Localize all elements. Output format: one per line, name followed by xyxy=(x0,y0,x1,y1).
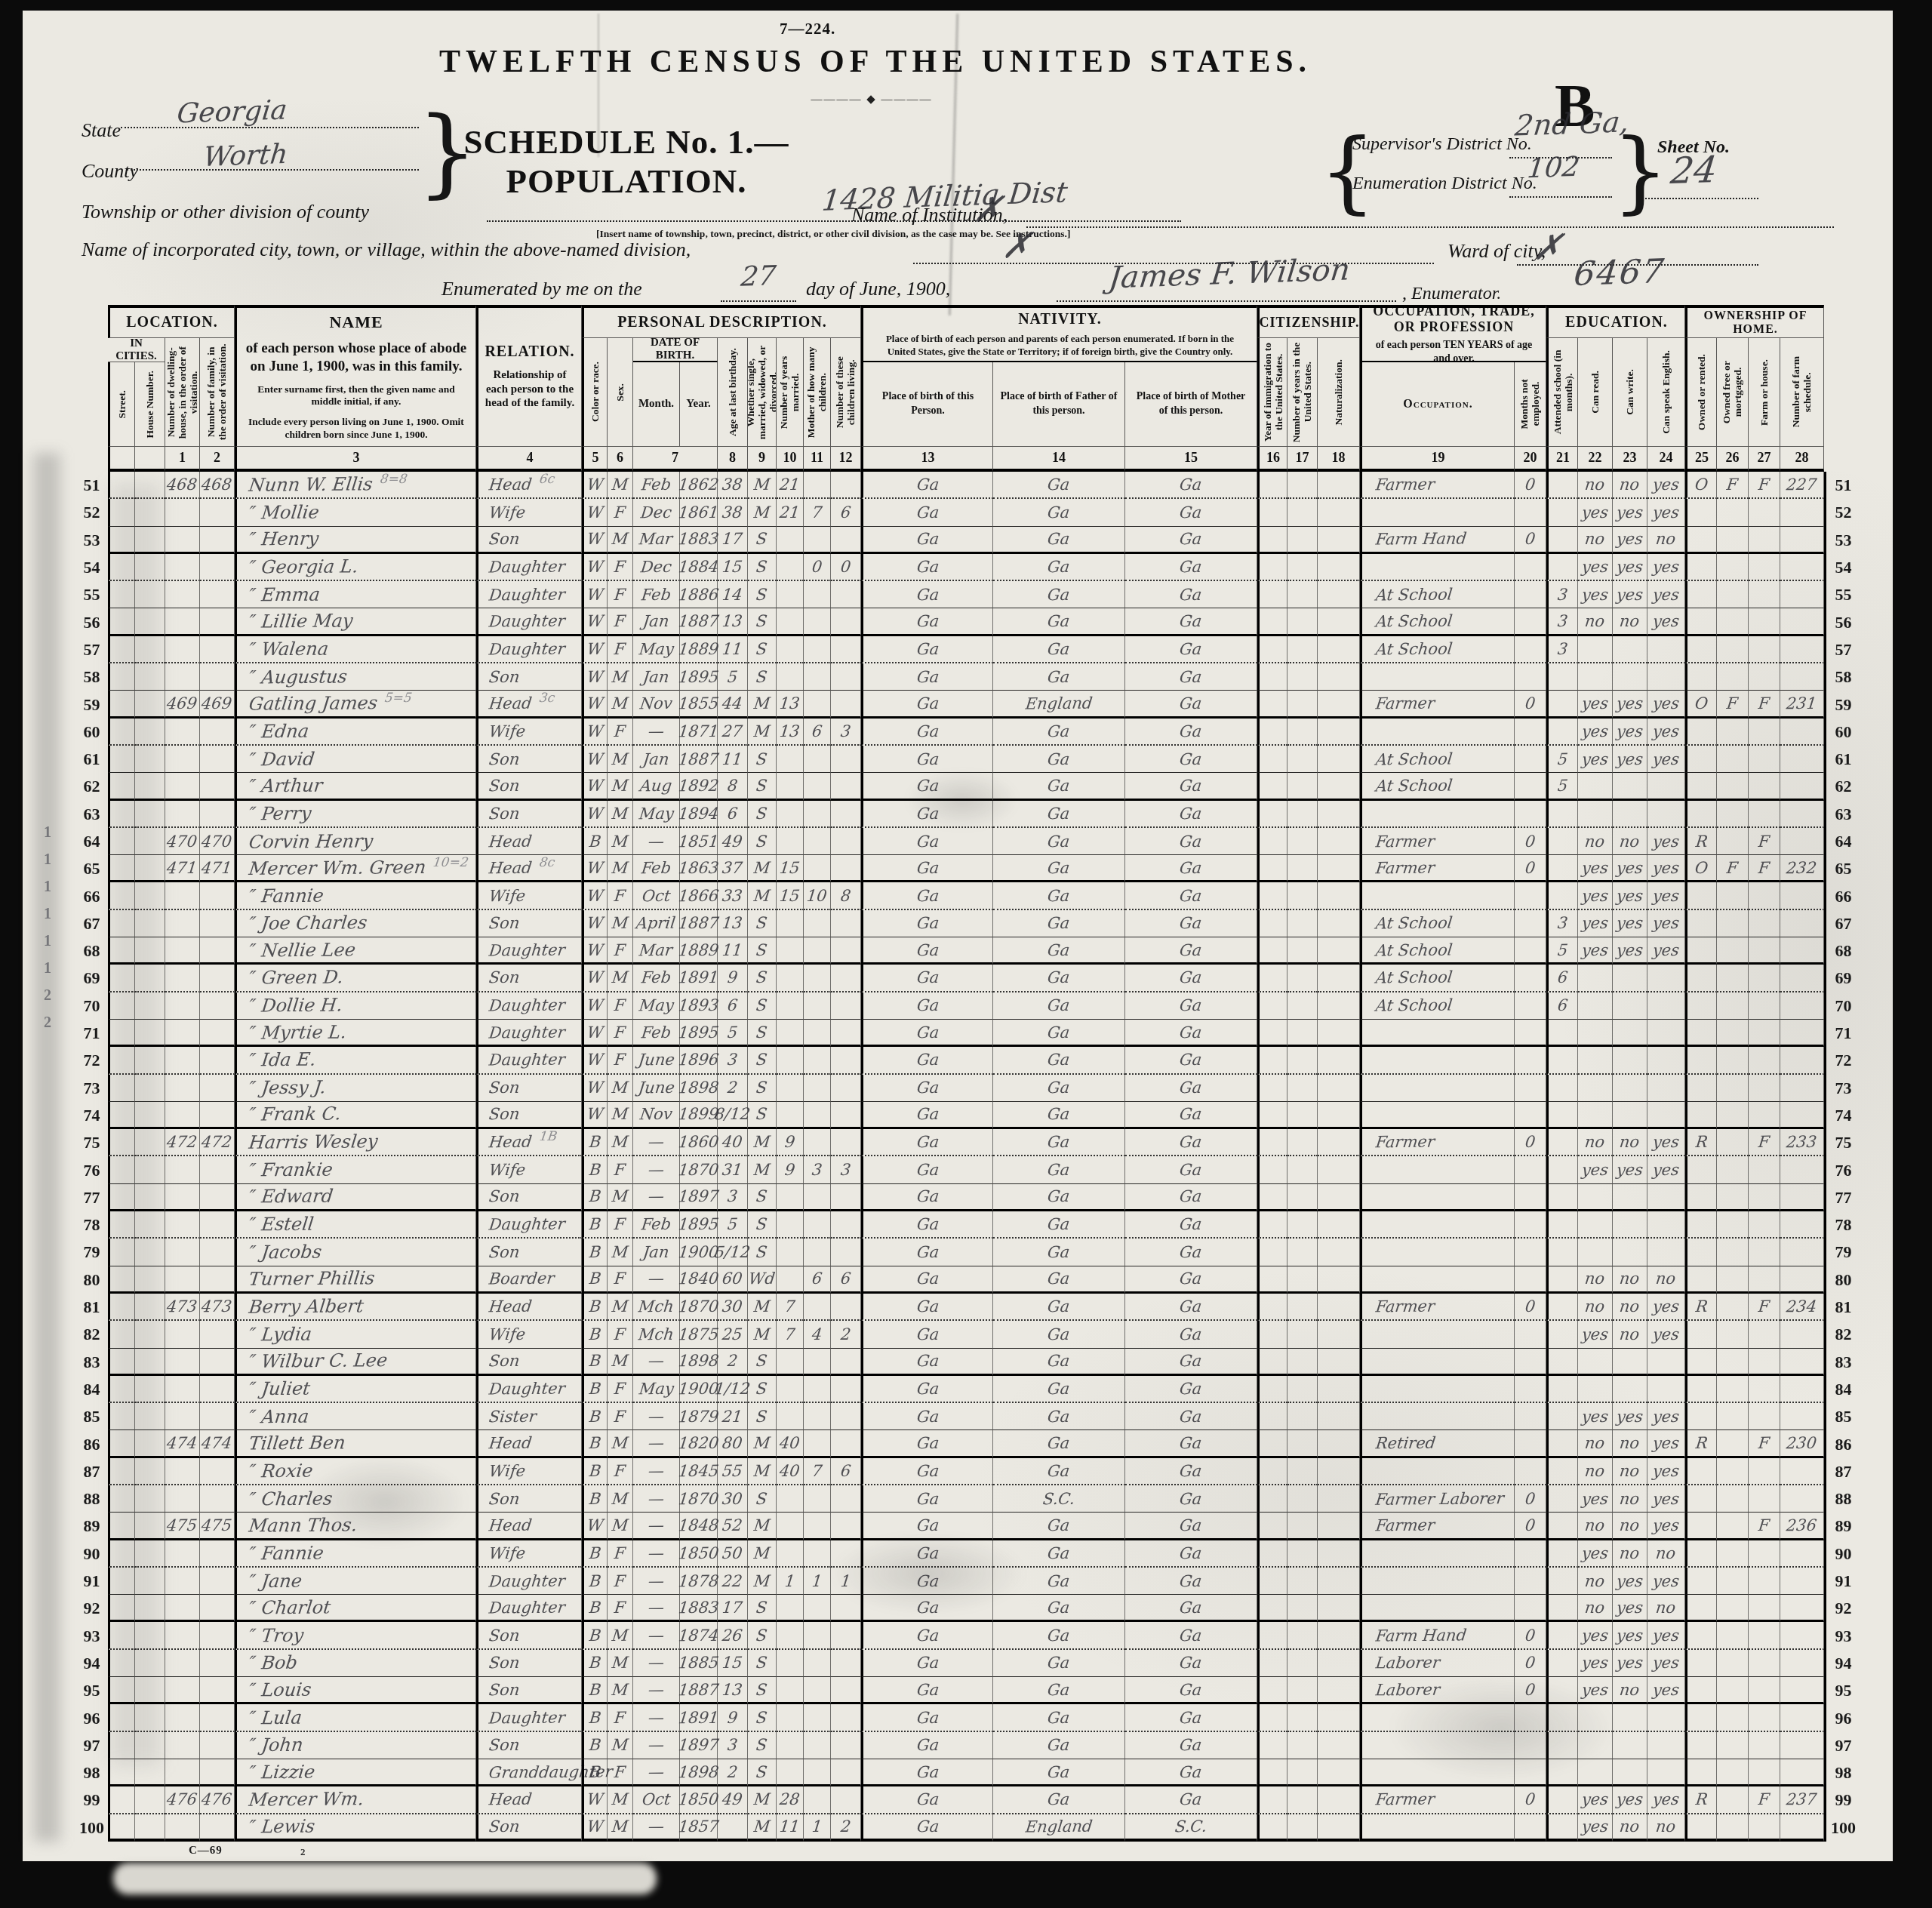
cell-sex: M xyxy=(608,801,633,828)
cell-street xyxy=(108,1129,135,1156)
cell-pob-father: Ga xyxy=(993,1595,1125,1622)
line-number: 95 xyxy=(1824,1677,1860,1704)
cell-color: W xyxy=(582,801,608,828)
cell-age: 14 xyxy=(718,581,748,608)
cell-english: yes xyxy=(1647,1129,1685,1156)
cell-marital: M xyxy=(748,691,777,718)
line-number: 51 xyxy=(75,472,108,499)
cell-mother-of xyxy=(804,1513,831,1540)
cell-years-us xyxy=(1287,1485,1318,1513)
cell-age: 26 xyxy=(718,1622,748,1649)
cell-naturalization xyxy=(1318,882,1360,909)
cell-pob: Ga xyxy=(861,554,993,581)
cell-name: ″ John xyxy=(235,1732,476,1759)
cell-street xyxy=(108,608,135,635)
cell-school xyxy=(1546,1622,1578,1649)
cell-farm-schedule xyxy=(1780,1321,1824,1348)
cell-can-read: no xyxy=(1578,527,1613,554)
line-number: 91 xyxy=(1824,1568,1860,1595)
cell-naturalization xyxy=(1318,608,1360,635)
cell-can-write xyxy=(1613,1704,1647,1731)
cell-birth-year: 1870 xyxy=(680,1156,718,1183)
line-number: 65 xyxy=(75,855,108,882)
cell-farm-schedule xyxy=(1780,1568,1824,1595)
cell-street xyxy=(108,1321,135,1348)
cell-can-read: yes xyxy=(1578,1403,1613,1430)
cell-pob-mother: Ga xyxy=(1125,1321,1257,1348)
cell-family xyxy=(200,1540,235,1568)
cell-mother-of xyxy=(804,1430,831,1457)
cell-relation: Son xyxy=(476,1677,582,1704)
column-number: 21 xyxy=(1546,447,1578,472)
cell-immigration xyxy=(1257,937,1287,965)
cell-mother-of xyxy=(804,1376,831,1403)
cell-relation: Son xyxy=(476,1622,582,1649)
cell-mother-of xyxy=(804,1704,831,1731)
cell-immigration xyxy=(1257,499,1287,526)
col-months-unemployed: Months not employed. xyxy=(1515,362,1546,447)
cell-pob: Ga xyxy=(861,581,993,608)
cell-mortgage xyxy=(1717,1595,1749,1622)
cell-mother-of xyxy=(804,1102,831,1129)
cell-farm-house xyxy=(1749,1568,1780,1595)
cell-name: ″ Fannie xyxy=(235,882,476,909)
group-date-of-birth: DATE OF BIRTH. xyxy=(633,338,718,362)
cell-birth-month: Jan xyxy=(633,608,680,635)
cell-immigration xyxy=(1257,1376,1287,1403)
cell-pob-mother: Ga xyxy=(1125,1622,1257,1649)
cell-pob: Ga xyxy=(861,801,993,828)
cell-immigration xyxy=(1257,663,1287,691)
cell-years-us xyxy=(1287,1540,1318,1568)
cell-marital: S xyxy=(748,608,777,635)
cell-birth-month: — xyxy=(633,719,680,746)
line-number: 94 xyxy=(75,1650,108,1677)
cell-owned xyxy=(1685,1513,1717,1540)
cell-age: 17 xyxy=(718,527,748,554)
form-number: 7—224. xyxy=(762,20,853,38)
cell-children-living: 2 xyxy=(831,1814,861,1842)
cell-naturalization xyxy=(1318,1102,1360,1129)
cell-farm-schedule xyxy=(1780,1759,1824,1786)
cell-owned xyxy=(1685,636,1717,663)
pencil-mark: 3c xyxy=(538,691,555,706)
cell-english: yes xyxy=(1647,554,1685,581)
cell-children-living: 3 xyxy=(831,1156,861,1183)
cell-pob-father: Ga xyxy=(993,1156,1125,1183)
cell-children-living xyxy=(831,1075,861,1102)
cell-owned xyxy=(1685,746,1717,773)
cell-pob: Ga xyxy=(861,691,993,718)
cell-farm-house xyxy=(1749,1102,1780,1129)
cell-english: yes xyxy=(1647,1677,1685,1704)
cell-occupation xyxy=(1360,1759,1515,1786)
line-number: 63 xyxy=(75,801,108,828)
cell-months-unemployed xyxy=(1515,1349,1546,1376)
cell-dwelling xyxy=(165,1020,200,1047)
cell-school xyxy=(1546,1020,1578,1047)
cell-age: 25 xyxy=(718,1321,748,1348)
cell-sex: M xyxy=(608,1786,633,1814)
cell-years-us xyxy=(1287,1759,1318,1786)
cell-house xyxy=(135,581,165,608)
cell-years-us xyxy=(1287,1677,1318,1704)
cell-can-read: yes xyxy=(1578,1485,1613,1513)
cell-birth-year: 1889 xyxy=(680,636,718,663)
line-number: 98 xyxy=(75,1759,108,1786)
cell-naturalization xyxy=(1318,1430,1360,1457)
cell-color: B xyxy=(582,1485,608,1513)
cell-age: 11 xyxy=(718,636,748,663)
cell-mortgage xyxy=(1717,746,1749,773)
cell-farm-schedule: 231 xyxy=(1780,691,1824,718)
cell-can-read: no xyxy=(1578,1430,1613,1457)
cell-owned xyxy=(1685,992,1717,1020)
cell-age: 80 xyxy=(718,1430,748,1457)
cell-farm-house: F xyxy=(1749,828,1780,855)
cell-children-living xyxy=(831,1513,861,1540)
cell-pob-mother: Ga xyxy=(1125,1540,1257,1568)
cell-farm-schedule: 234 xyxy=(1780,1294,1824,1321)
cell-immigration xyxy=(1257,1814,1287,1842)
cell-can-read: yes xyxy=(1578,1814,1613,1842)
cell-family: 475 xyxy=(200,1513,235,1540)
line-number: 86 xyxy=(1824,1430,1860,1457)
cell-can-write xyxy=(1613,1047,1647,1074)
cell-birth-month: Aug xyxy=(633,773,680,800)
cell-owned xyxy=(1685,937,1717,965)
column-number: 10 xyxy=(777,447,804,472)
cell-naturalization xyxy=(1318,965,1360,992)
cell-house xyxy=(135,1513,165,1540)
cell-english: no xyxy=(1647,1814,1685,1842)
cell-pob: Ga xyxy=(861,773,993,800)
cell-pob: Ga xyxy=(861,1568,993,1595)
cell-years-us xyxy=(1287,663,1318,691)
cell-years-married xyxy=(777,636,804,663)
cell-immigration xyxy=(1257,1349,1287,1376)
cell-relation: Wife xyxy=(476,499,582,526)
cell-name: ″ Green D. xyxy=(235,965,476,992)
cell-mortgage xyxy=(1717,801,1749,828)
cell-pob-mother: Ga xyxy=(1125,1294,1257,1321)
line-number: 51 xyxy=(1824,472,1860,499)
cell-pob-mother: Ga xyxy=(1125,801,1257,828)
cell-relation: Son xyxy=(476,1239,582,1266)
cell-immigration xyxy=(1257,1239,1287,1266)
cell-house xyxy=(135,1156,165,1183)
cell-pob: Ga xyxy=(861,1677,993,1704)
cell-marital: M xyxy=(748,1156,777,1183)
cell-dwelling xyxy=(165,1075,200,1102)
cell-name: ″ Jane xyxy=(235,1568,476,1595)
column-number: 9 xyxy=(748,447,777,472)
cell-occupation: At School xyxy=(1360,992,1515,1020)
cell-pob-father: Ga xyxy=(993,663,1125,691)
cell-street xyxy=(108,1376,135,1403)
cell-english xyxy=(1647,1759,1685,1786)
cell-children-living xyxy=(831,1294,861,1321)
line-number: 64 xyxy=(75,828,108,855)
cell-can-write: yes xyxy=(1613,1595,1647,1622)
cell-marital: S xyxy=(748,1759,777,1786)
cell-years-married xyxy=(777,1732,804,1759)
cell-house xyxy=(135,691,165,718)
cell-color: W xyxy=(582,1020,608,1047)
cell-children-living xyxy=(831,1102,861,1129)
cell-family xyxy=(200,937,235,965)
cell-sex: M xyxy=(608,1239,633,1266)
cell-children-living: 8 xyxy=(831,882,861,909)
cell-name: ″ Lydia xyxy=(235,1321,476,1348)
cell-name: Gatling James5=5 xyxy=(235,691,476,718)
line-number: 82 xyxy=(1824,1321,1860,1348)
cell-marital: S xyxy=(748,663,777,691)
cell-relation: Daughter xyxy=(476,581,582,608)
cell-color: B xyxy=(582,1294,608,1321)
cell-immigration xyxy=(1257,1595,1287,1622)
cell-family xyxy=(200,1704,235,1731)
cell-dwelling xyxy=(165,1595,200,1622)
cell-sex: F xyxy=(608,1595,633,1622)
cell-naturalization xyxy=(1318,1184,1360,1211)
cell-owned xyxy=(1685,1732,1717,1759)
cell-family xyxy=(200,910,235,937)
cell-pob-mother: Ga xyxy=(1125,1047,1257,1074)
cell-pob-mother: Ga xyxy=(1125,581,1257,608)
cell-color: B xyxy=(582,1156,608,1183)
cell-months-unemployed xyxy=(1515,1075,1546,1102)
cell-mother-of xyxy=(804,691,831,718)
cell-mortgage xyxy=(1717,581,1749,608)
cell-years-married xyxy=(777,1102,804,1129)
cell-children-living xyxy=(831,965,861,992)
cell-color: W xyxy=(582,937,608,965)
cell-age: 49 xyxy=(718,828,748,855)
line-number: 57 xyxy=(1824,636,1860,663)
cell-owned: O xyxy=(1685,855,1717,882)
scanned-census-page: 7—224. TWELFTH CENSUS OF THE UNITED STAT… xyxy=(0,0,1932,1908)
cell-occupation xyxy=(1360,1211,1515,1239)
cell-children-living xyxy=(831,1595,861,1622)
cell-street xyxy=(108,828,135,855)
cell-mortgage xyxy=(1717,1047,1749,1074)
cell-naturalization xyxy=(1318,719,1360,746)
cell-farm-house xyxy=(1749,1376,1780,1403)
cell-farm-schedule xyxy=(1780,1814,1824,1842)
cell-relation: Head3c xyxy=(476,691,582,718)
cell-family xyxy=(200,719,235,746)
cell-school xyxy=(1546,1650,1578,1677)
cell-mother-of xyxy=(804,1759,831,1786)
cell-years-married xyxy=(777,1759,804,1786)
cell-pob-father: Ga xyxy=(993,1239,1125,1266)
cell-relation: Daughter xyxy=(476,1595,582,1622)
cell-relation: Head6c xyxy=(476,472,582,499)
cell-years-us xyxy=(1287,1376,1318,1403)
cell-pob: Ga xyxy=(861,1239,993,1266)
line-number: 56 xyxy=(75,608,108,635)
cell-color: B xyxy=(582,1622,608,1649)
cell-children-living xyxy=(831,472,861,499)
cell-birth-month: — xyxy=(633,1732,680,1759)
cell-naturalization xyxy=(1318,527,1360,554)
cell-house xyxy=(135,1677,165,1704)
cell-naturalization xyxy=(1318,773,1360,800)
cell-street xyxy=(108,472,135,499)
group-personal-description: PERSONAL DESCRIPTION. xyxy=(582,305,861,338)
line-number: 73 xyxy=(75,1075,108,1102)
line-number: 61 xyxy=(75,746,108,773)
cell-street xyxy=(108,882,135,909)
cell-can-write: no xyxy=(1613,608,1647,635)
cell-immigration xyxy=(1257,1156,1287,1183)
cell-age: 13 xyxy=(718,910,748,937)
cell-pob-father: Ga xyxy=(993,1349,1125,1376)
cell-english xyxy=(1647,1376,1685,1403)
col-occupation: Occupation. xyxy=(1360,362,1515,447)
cell-house xyxy=(135,554,165,581)
line-number: 89 xyxy=(75,1513,108,1540)
cell-years-us xyxy=(1287,1156,1318,1183)
cell-english: yes xyxy=(1647,882,1685,909)
ward-value: ✗ xyxy=(1531,226,1564,267)
cell-school: 3 xyxy=(1546,910,1578,937)
cell-children-living: 1 xyxy=(831,1568,861,1595)
cell-can-read: no xyxy=(1578,1266,1613,1294)
cell-naturalization xyxy=(1318,1814,1360,1842)
cell-marital: S xyxy=(748,746,777,773)
cell-years-us xyxy=(1287,1129,1318,1156)
cell-pob: Ga xyxy=(861,608,993,635)
line-number: 99 xyxy=(75,1786,108,1814)
cell-marital: S xyxy=(748,581,777,608)
cell-farm-house: F xyxy=(1749,1129,1780,1156)
cell-naturalization xyxy=(1318,1266,1360,1294)
cell-occupation xyxy=(1360,1075,1515,1102)
cell-farm-house xyxy=(1749,581,1780,608)
cell-school xyxy=(1546,1814,1578,1842)
enumerator-suffix: , Enumerator. xyxy=(1402,284,1501,304)
cell-pob-father: Ga xyxy=(993,992,1125,1020)
cell-mortgage xyxy=(1717,1266,1749,1294)
cell-birth-year: 1891 xyxy=(680,1704,718,1731)
cell-birth-year: 1850 xyxy=(680,1786,718,1814)
cell-street xyxy=(108,910,135,937)
incorporated-label: Name of incorporated city, town, or vill… xyxy=(82,238,691,261)
cell-farm-schedule xyxy=(1780,937,1824,965)
cell-birth-year: 1895 xyxy=(680,663,718,691)
line-number: 87 xyxy=(75,1458,108,1485)
cell-years-us xyxy=(1287,1732,1318,1759)
cell-farm-house: F xyxy=(1749,1786,1780,1814)
cell-months-unemployed: 0 xyxy=(1515,1786,1546,1814)
cell-owned xyxy=(1685,1349,1717,1376)
cell-children-living xyxy=(831,527,861,554)
cell-dwelling xyxy=(165,1732,200,1759)
cell-children-living xyxy=(831,1020,861,1047)
cell-english: yes xyxy=(1647,1650,1685,1677)
cell-can-write xyxy=(1613,1020,1647,1047)
cell-color: B xyxy=(582,1430,608,1457)
line-number: 62 xyxy=(75,773,108,800)
cell-street xyxy=(108,1211,135,1239)
cell-name: Mann Thos. xyxy=(235,1513,476,1540)
cell-relation: Head xyxy=(476,828,582,855)
cell-farm-schedule xyxy=(1780,719,1824,746)
cell-immigration xyxy=(1257,992,1287,1020)
cell-months-unemployed: 0 xyxy=(1515,472,1546,499)
cell-pob-father: Ga xyxy=(993,828,1125,855)
cell-family xyxy=(200,1266,235,1294)
line-number: 83 xyxy=(75,1349,108,1376)
cell-age: 22 xyxy=(718,1568,748,1595)
line-number: 58 xyxy=(1824,663,1860,691)
cell-age: 2 xyxy=(718,1759,748,1786)
cell-age: 15 xyxy=(718,1650,748,1677)
cell-relation: Head xyxy=(476,1786,582,1814)
cell-name: ″ David xyxy=(235,746,476,773)
cell-immigration xyxy=(1257,1075,1287,1102)
cell-farm-house xyxy=(1749,1704,1780,1731)
cell-naturalization xyxy=(1318,992,1360,1020)
cell-owned xyxy=(1685,608,1717,635)
cell-age: 13 xyxy=(718,1677,748,1704)
cell-immigration xyxy=(1257,1650,1287,1677)
cell-name: ″ Charlot xyxy=(235,1595,476,1622)
cell-mother-of xyxy=(804,773,831,800)
cell-can-read xyxy=(1578,1047,1613,1074)
cell-can-write: no xyxy=(1613,1677,1647,1704)
cell-house xyxy=(135,1321,165,1348)
cell-farm-schedule xyxy=(1780,581,1824,608)
cell-months-unemployed: 0 xyxy=(1515,1129,1546,1156)
cell-months-unemployed xyxy=(1515,581,1546,608)
cell-months-unemployed xyxy=(1515,1732,1546,1759)
cell-mortgage xyxy=(1717,882,1749,909)
cell-occupation xyxy=(1360,719,1515,746)
cell-naturalization xyxy=(1318,1759,1360,1786)
cell-birth-month: — xyxy=(633,1540,680,1568)
col-color-race: Color or race. xyxy=(582,338,608,447)
cell-can-write: yes xyxy=(1613,855,1647,882)
line-number: 55 xyxy=(75,581,108,608)
cell-farm-house: F xyxy=(1749,1430,1780,1457)
cell-english: yes xyxy=(1647,1294,1685,1321)
column-number: 16 xyxy=(1257,447,1287,472)
cell-mother-of xyxy=(804,472,831,499)
cell-birth-year: 1900 xyxy=(680,1239,718,1266)
cell-street xyxy=(108,719,135,746)
cell-can-write: yes xyxy=(1613,1786,1647,1814)
cell-dwelling xyxy=(165,937,200,965)
cell-pob: Ga xyxy=(861,992,993,1020)
cell-sex: M xyxy=(608,746,633,773)
cell-color: B xyxy=(582,1321,608,1348)
cell-months-unemployed xyxy=(1515,1540,1546,1568)
col-birth-year: Year. xyxy=(680,362,718,447)
cell-name: Tillett Ben xyxy=(235,1430,476,1457)
cell-color: W xyxy=(582,773,608,800)
cell-farm-house xyxy=(1749,910,1780,937)
cell-name: Mercer Wm. Green10=2 xyxy=(235,855,476,882)
cell-pob: Ga xyxy=(861,1184,993,1211)
cell-birth-month: Feb xyxy=(633,1211,680,1239)
cell-pob-father: Ga xyxy=(993,499,1125,526)
cell-children-living xyxy=(831,1485,861,1513)
column-number: 2 xyxy=(200,447,235,472)
cell-owned xyxy=(1685,1321,1717,1348)
